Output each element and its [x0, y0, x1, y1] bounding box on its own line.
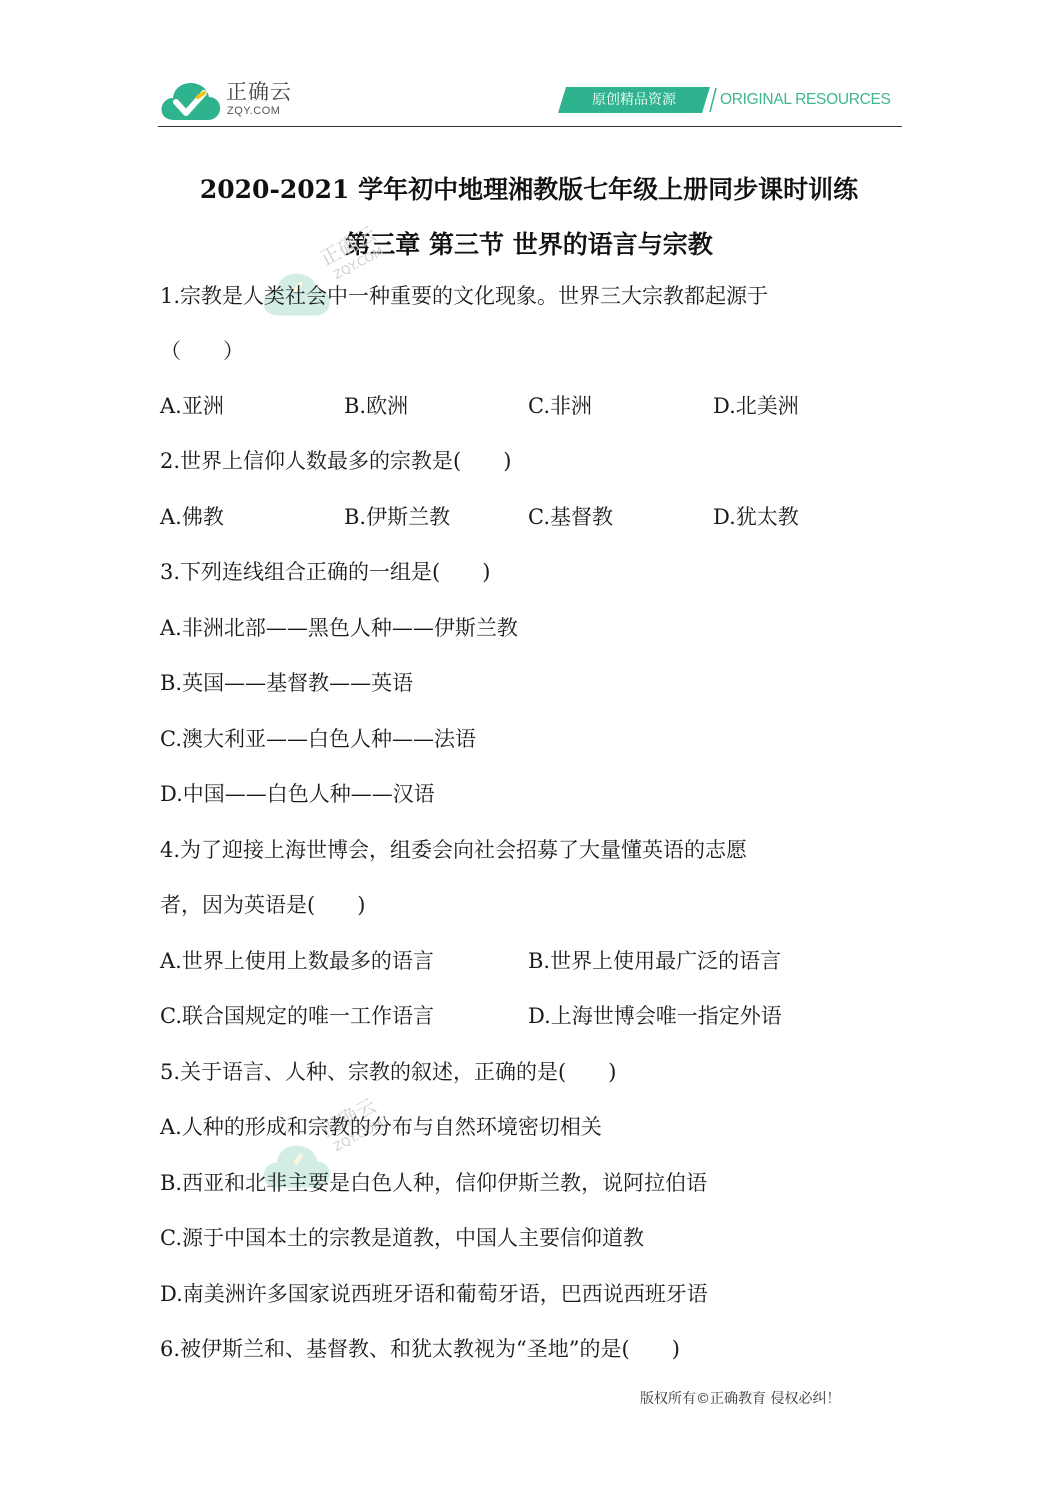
banner-en-label: ORIGINAL RESOURCES — [720, 87, 891, 113]
banner-cn-label: 原创精品资源 — [558, 87, 710, 113]
brand-logo: 正确云 ZQY.COM — [160, 78, 300, 124]
question-1-option-a: A.亚洲 — [160, 392, 224, 420]
question-2-stem: 2.世界上信仰人数最多的宗教是( ) — [160, 447, 511, 475]
document-subtitle: 第三章 第三节 世界的语言与宗教 — [0, 225, 1058, 261]
question-3-option-a: A.非洲北部——黑色人种——伊斯兰教 — [160, 614, 518, 642]
question-5-option-d: D.南美洲许多国家说西班牙语和葡萄牙语，巴西说西班牙语 — [160, 1280, 708, 1308]
question-1-stem: 1.宗教是人类社会中一种重要的文化现象。世界三大宗教都起源于 — [160, 282, 768, 310]
header-divider — [158, 126, 902, 127]
question-4-option-d: D.上海世博会唯一指定外语 — [528, 1002, 782, 1030]
question-3-stem: 3.下列连线组合正确的一组是( ) — [160, 558, 490, 586]
question-5-option-b: B.西亚和北非主要是白色人种，信仰伊斯兰教，说阿拉伯语 — [160, 1169, 707, 1197]
question-4-option-c: C.联合国规定的唯一工作语言 — [160, 1002, 434, 1030]
document-title: 2020-2021 学年初中地理湘教版七年级上册同步课时训练 — [0, 170, 1058, 206]
question-1-option-d: D.北美洲 — [713, 392, 799, 420]
question-5-option-c: C.源于中国本土的宗教是道教，中国人主要信仰道教 — [160, 1224, 644, 1252]
question-2-option-a: A.佛教 — [160, 503, 224, 531]
brand-name: 正确云 — [226, 80, 292, 104]
slash-divider-icon — [708, 87, 718, 113]
copyright-footer: 版权所有©正确教育 侵权必纠！ — [640, 1388, 840, 1408]
question-2-option-d: D.犹太教 — [713, 503, 799, 531]
question-1-option-b: B.欧洲 — [344, 392, 408, 420]
page-header: 正确云 ZQY.COM 原创精品资源 ORIGINAL RESOURCES — [0, 0, 1058, 130]
question-5-option-a: A.人种的形成和宗教的分布与自然环境密切相关 — [160, 1113, 602, 1141]
question-1-option-c: C.非洲 — [528, 392, 592, 420]
question-4-stem: 4.为了迎接上海世博会，组委会向社会招募了大量懂英语的志愿 — [160, 836, 747, 864]
cloud-check-icon — [160, 80, 222, 122]
question-4-option-b: B.世界上使用最广泛的语言 — [528, 947, 781, 975]
question-3-option-c: C.澳大利亚——白色人种——法语 — [160, 725, 476, 753]
question-3-option-d: D.中国——白色人种——汉语 — [160, 780, 435, 808]
question-3-option-b: B.英国——基督教——英语 — [160, 669, 413, 697]
question-4-stem-continued: 者，因为英语是( ) — [160, 891, 365, 919]
question-4-option-a: A.世界上使用上数最多的语言 — [160, 947, 434, 975]
question-6-stem: 6.被伊斯兰和、基督教、和犹太教视为“圣地”的是( ) — [160, 1335, 680, 1363]
question-2-option-b: B.伊斯兰教 — [344, 503, 450, 531]
brand-domain: ZQY.COM — [227, 104, 280, 118]
question-5-stem: 5.关于语言、人种、宗教的叙述，正确的是( ) — [160, 1058, 616, 1086]
question-2-option-c: C.基督教 — [528, 503, 613, 531]
question-1-blank: （ ） — [160, 337, 244, 365]
